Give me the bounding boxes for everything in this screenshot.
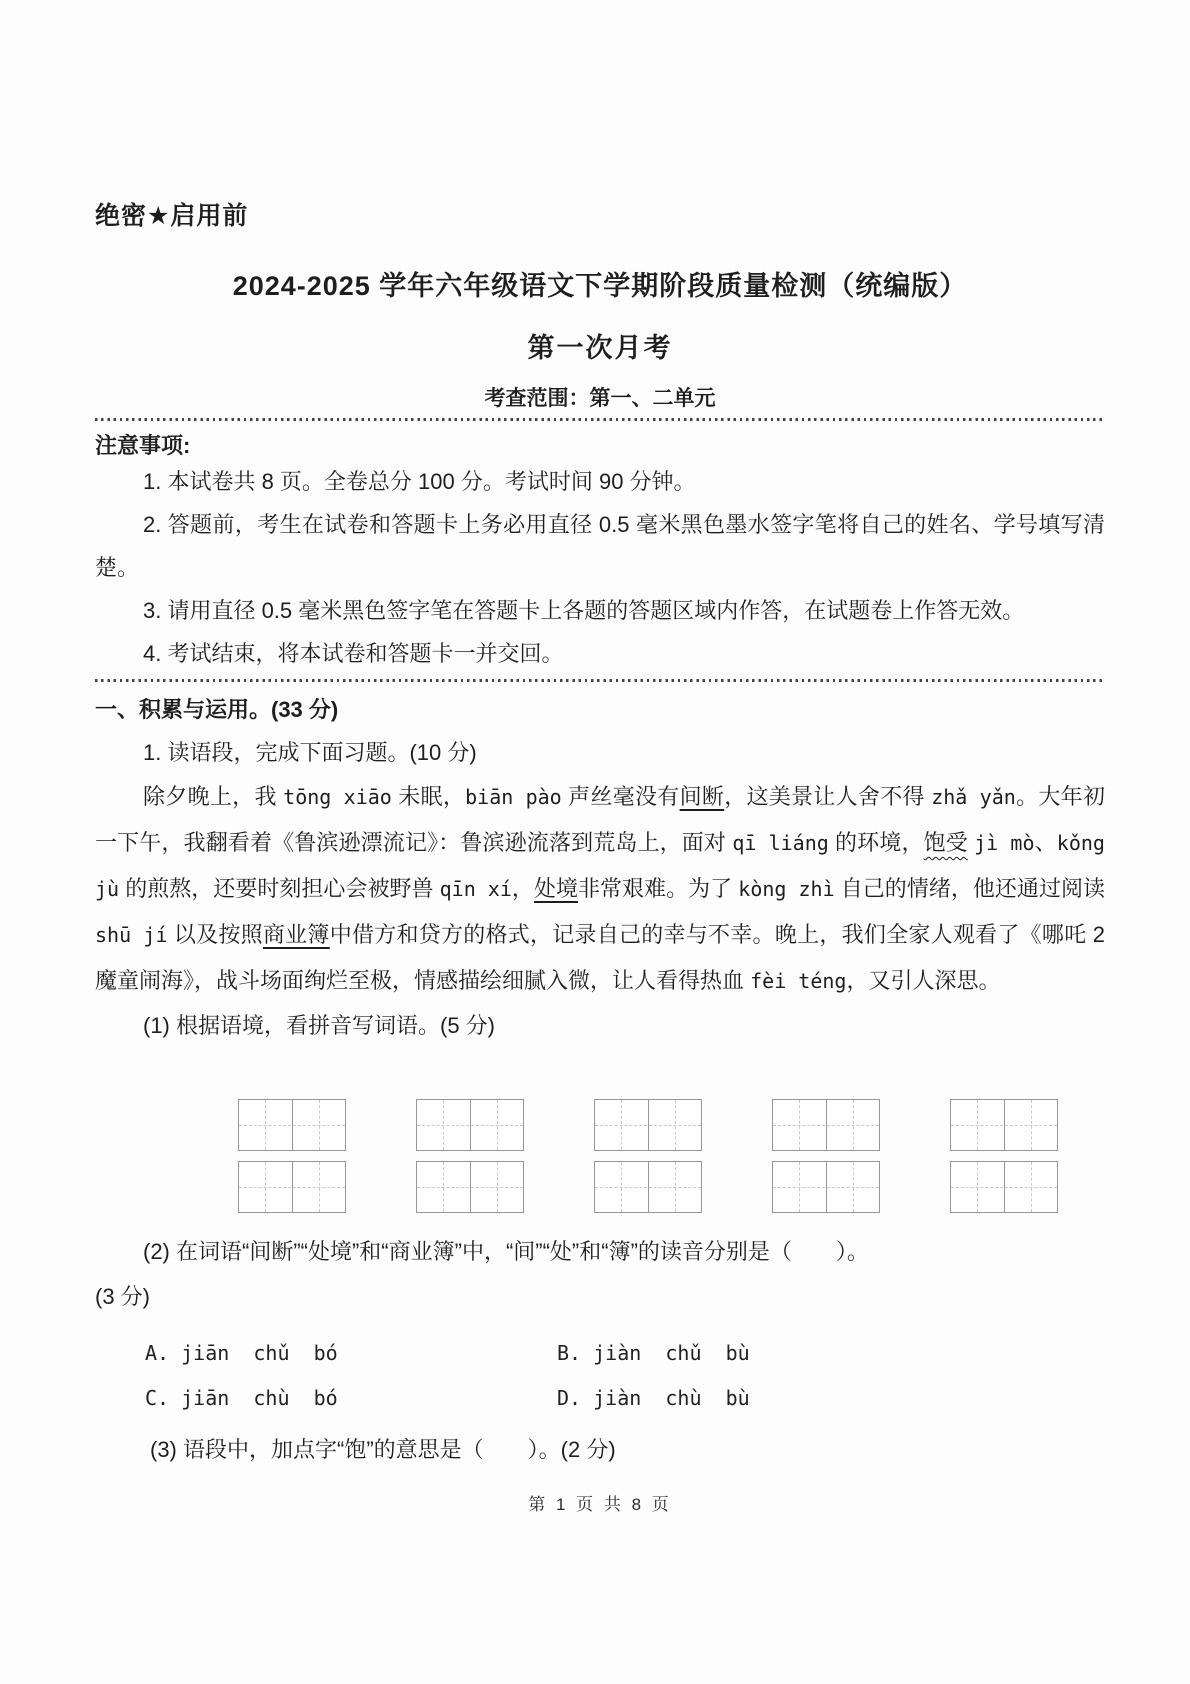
passage-text: 除夕晚上，我 xyxy=(143,784,283,809)
character-write-box xyxy=(950,1099,1058,1151)
character-write-box xyxy=(238,1099,346,1151)
character-cell xyxy=(417,1100,471,1150)
section-one-heading: 一、积累与运用。(33 分) xyxy=(95,688,1105,731)
passage-text: 非常艰难。为了 xyxy=(578,876,738,901)
passage-text: 以及按照 xyxy=(168,922,263,947)
pinyin-text: qīn xí xyxy=(440,877,512,901)
character-cell xyxy=(417,1162,471,1212)
character-write-box xyxy=(416,1099,524,1151)
character-write-box xyxy=(950,1161,1058,1213)
grid-row xyxy=(238,1161,1058,1213)
option-b: B. jiàn chǔ bù xyxy=(557,1331,969,1376)
option-row: A. jiān chǔ bó B. jiàn chǔ bù xyxy=(145,1331,1105,1376)
character-cell xyxy=(1005,1100,1058,1150)
page-content: 绝密★启用前 2024-2025 学年六年级语文下学期阶段质量检测（统编版） 第… xyxy=(0,0,1190,1515)
passage-text: 饱受 xyxy=(924,830,968,855)
grid-row xyxy=(238,1099,1058,1151)
character-cell xyxy=(951,1100,1005,1150)
pinyin-grid xyxy=(238,1099,1058,1213)
character-cell xyxy=(649,1162,702,1212)
character-cell xyxy=(239,1100,293,1150)
option-row: C. jiān chù bó D. jiàn chù bù xyxy=(145,1376,1105,1421)
passage-text: ，又引人深思。 xyxy=(846,968,1000,993)
character-cell xyxy=(773,1100,827,1150)
passage-text: 、 xyxy=(1035,830,1057,855)
passage: 除夕晚上，我 tōng xiāo 未眠，biān pào 声丝毫没有间断，这美景… xyxy=(95,774,1105,1004)
pinyin-text: qī liáng xyxy=(732,831,828,855)
character-cell xyxy=(595,1100,649,1150)
character-cell xyxy=(471,1162,524,1212)
character-write-box xyxy=(238,1161,346,1213)
exam-paper-page: 绝密★启用前 2024-2025 学年六年级语文下学期阶段质量检测（统编版） 第… xyxy=(0,0,1190,1684)
passage-text: ，这美景让人舍不得 xyxy=(724,784,931,809)
passage-text: 未眠， xyxy=(392,784,465,809)
question-1-2-options: A. jiān chǔ bó B. jiàn chǔ bù C. jiān ch… xyxy=(145,1331,1105,1421)
character-cell xyxy=(827,1100,880,1150)
question-1-2-score: (3 分) xyxy=(95,1274,1105,1319)
question-1-1-stem: (1) 根据语境，看拼音写词语。(5 分) xyxy=(95,1004,1105,1047)
question-1-3-stem: (3) 语段中，加点字“饱”的意思是（ ）。(2 分) xyxy=(95,1427,1105,1472)
pinyin-text: zhǎ yǎn xyxy=(931,785,1016,809)
passage-text: 的煎熬，还要时刻担心会被野兽 xyxy=(119,876,440,901)
character-cell xyxy=(293,1162,346,1212)
notice-section: 注意事项: 1. 本试卷共 8 页。全卷总分 100 分。考试时间 90 分钟。… xyxy=(95,432,1105,675)
option-a: A. jiān chǔ bó xyxy=(145,1331,557,1376)
exam-session-title: 第一次月考 xyxy=(95,332,1105,364)
notice-item-1: 1. 本试卷共 8 页。全卷总分 100 分。考试时间 90 分钟。 xyxy=(95,460,1105,503)
passage-text: 商业簿 xyxy=(263,922,330,947)
character-write-box xyxy=(594,1099,702,1151)
character-cell xyxy=(649,1100,702,1150)
character-cell xyxy=(827,1162,880,1212)
character-cell xyxy=(951,1162,1005,1212)
pinyin-text: fèi téng xyxy=(750,969,846,993)
notice-item-4: 4. 考试结束，将本试卷和答题卡一并交回。 xyxy=(95,632,1105,675)
exam-title: 2024-2025 学年六年级语文下学期阶段质量检测（统编版） xyxy=(95,270,1105,302)
classification-label: 绝密★启用前 xyxy=(95,202,1105,230)
passage-text: 处境 xyxy=(534,876,578,901)
passage-text: 的环境， xyxy=(829,830,924,855)
dotted-separator-top xyxy=(95,418,1105,421)
page-number: 第 1 页 共 8 页 xyxy=(95,1490,1105,1515)
dotted-separator-bottom xyxy=(95,679,1105,682)
pinyin-text: jì mò xyxy=(974,831,1034,855)
passage-text: 间断 xyxy=(680,784,725,809)
pinyin-text: shū jí xyxy=(95,923,168,947)
character-cell xyxy=(773,1162,827,1212)
character-write-box xyxy=(594,1161,702,1213)
pinyin-text: biān pào xyxy=(465,785,562,809)
question-1-stem: 1. 读语段，完成下面习题。(10 分) xyxy=(95,731,1105,774)
notice-item-2: 2. 答题前，考生在试卷和答题卡上务必用直径 0.5 毫米黑色墨水签字笔将自己的… xyxy=(95,503,1105,589)
character-cell xyxy=(471,1100,524,1150)
character-cell xyxy=(1005,1162,1058,1212)
pinyin-text: kòng zhì xyxy=(738,877,834,901)
pinyin-text: tōng xiāo xyxy=(283,785,392,809)
character-cell xyxy=(239,1162,293,1212)
option-d: D. jiàn chù bù xyxy=(557,1376,969,1421)
exam-scope: 考查范围：第一、二单元 xyxy=(95,386,1105,412)
question-1-2-stem: (2) 在词语“间断”“处境”和“商业簿”中，“间”“处”和“簿”的读音分别是（… xyxy=(95,1229,1105,1274)
notice-item-3: 3. 请用直径 0.5 毫米黑色签字笔在答题卡上各题的答题区域内作答，在试题卷上… xyxy=(95,589,1105,632)
passage-text: 声丝毫没有 xyxy=(562,784,680,809)
option-c: C. jiān chù bó xyxy=(145,1376,557,1421)
character-write-box xyxy=(772,1161,880,1213)
character-cell xyxy=(293,1100,346,1150)
character-write-box xyxy=(772,1099,880,1151)
character-cell xyxy=(595,1162,649,1212)
notice-heading: 注意事项: xyxy=(95,432,1105,460)
passage-text: ， xyxy=(512,876,534,901)
passage-text: 自己的情绪，他还通过阅读 xyxy=(835,876,1105,901)
character-write-box xyxy=(416,1161,524,1213)
